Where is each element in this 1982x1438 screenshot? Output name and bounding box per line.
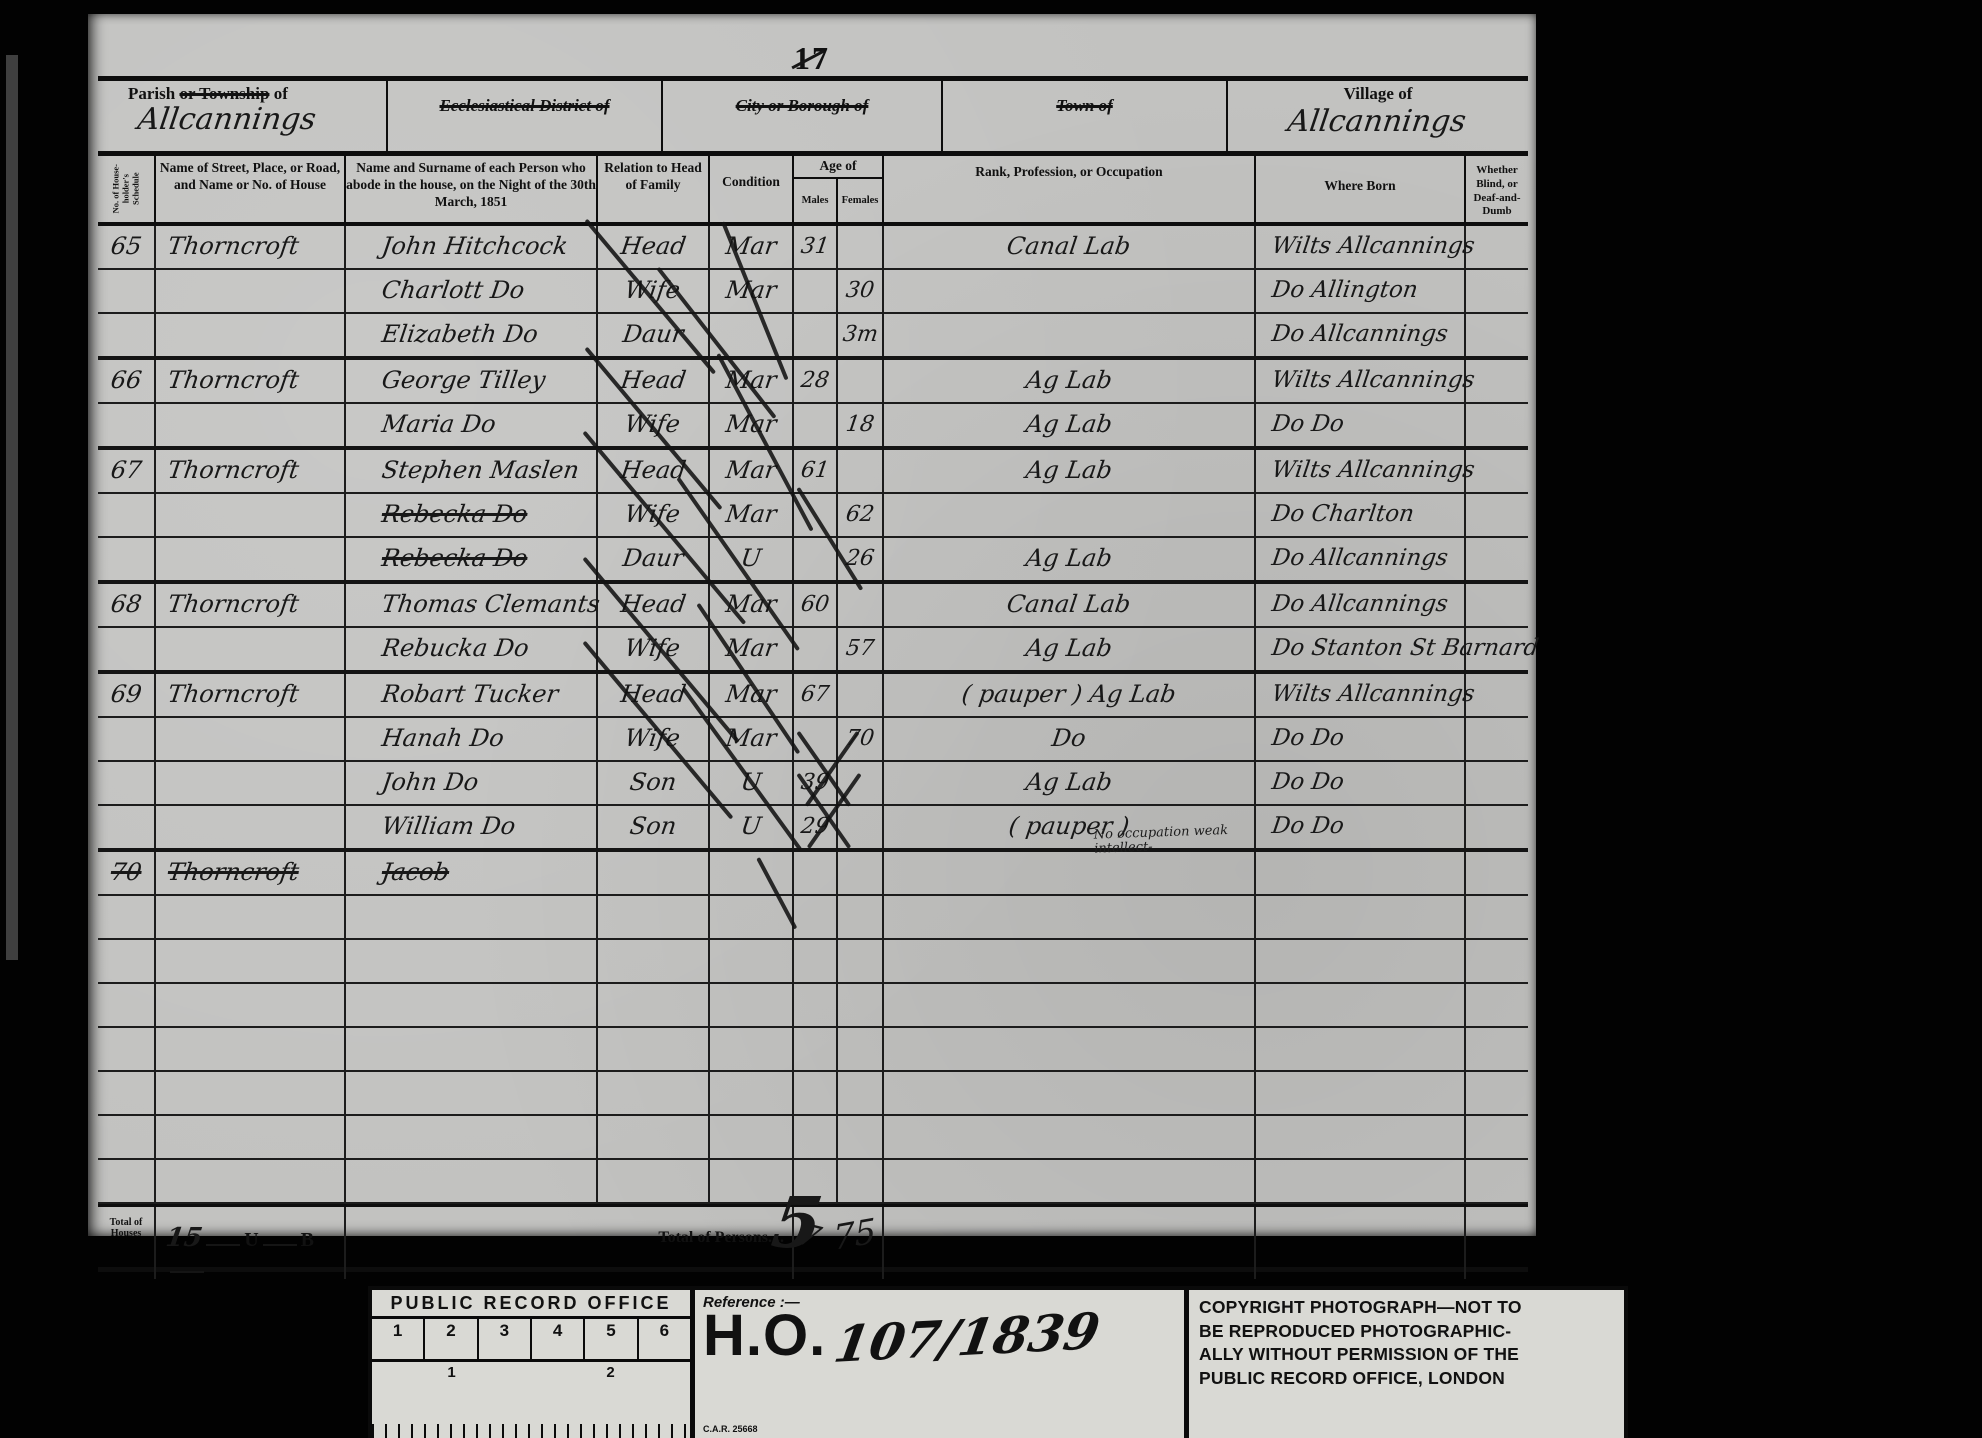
table-row: 67ThorncroftStephen MaslenHeadMar61Ag La… xyxy=(98,450,1528,494)
cell-occ: Ag Lab xyxy=(884,538,1256,580)
reference-number: 107/1839 xyxy=(831,1306,1103,1370)
cell-rel: Wife xyxy=(598,628,710,670)
cell-am xyxy=(794,896,838,938)
cell-occ xyxy=(884,852,1256,894)
col-occupation: Rank, Profession, or Occupation xyxy=(884,156,1256,222)
cell-occ xyxy=(884,940,1256,982)
table-row: 65ThorncroftJohn HitchcockHeadMar31Canal… xyxy=(98,226,1528,270)
cell-born xyxy=(1256,1028,1466,1070)
cell-af xyxy=(838,806,884,848)
cell-am xyxy=(794,1072,838,1114)
cell-af xyxy=(838,1028,884,1070)
cell-street: Thorncroft xyxy=(156,674,346,716)
cell-name: William Do xyxy=(346,806,598,848)
cell-occ xyxy=(884,896,1256,938)
cell-cond: U xyxy=(710,806,794,848)
cell-street xyxy=(156,984,346,1026)
cell-street xyxy=(156,538,346,580)
cell-born: Wilts Allcannings xyxy=(1256,360,1466,402)
cell-name: Charlott Do xyxy=(346,270,598,312)
cell-blind xyxy=(1466,314,1528,356)
cell-am: 61 xyxy=(794,450,838,492)
district-header-cell: Village of Allcannings xyxy=(1228,81,1528,151)
cell-street xyxy=(156,628,346,670)
cell-cond: Mar xyxy=(710,628,794,670)
cell-af: 3m xyxy=(838,314,884,356)
cell-rel: Wife xyxy=(598,270,710,312)
cell-cond: Mar xyxy=(710,718,794,760)
cell-rel: Wife xyxy=(598,404,710,446)
cell-no: 70 xyxy=(98,852,156,894)
cell-name xyxy=(346,1028,598,1070)
cell-cond: Mar xyxy=(710,226,794,268)
cell-street xyxy=(156,1160,346,1202)
table-row xyxy=(98,1072,1528,1116)
page-number: 17 xyxy=(88,40,1536,77)
cell-cond: Mar xyxy=(710,270,794,312)
cell-street xyxy=(156,806,346,848)
cell-name xyxy=(346,940,598,982)
table-row: 69ThorncroftRobart TuckerHeadMar67( paup… xyxy=(98,674,1528,718)
cell-occ: Ag Lab xyxy=(884,360,1256,402)
cell-cond: Mar xyxy=(710,674,794,716)
cell-occ xyxy=(884,1160,1256,1202)
cell-am: 39 xyxy=(794,762,838,804)
table-row: 70ThorncroftJacob xyxy=(98,852,1528,896)
cell-rel: Daur xyxy=(598,538,710,580)
cell-cond xyxy=(710,1028,794,1070)
cell-name: Elizabeth Do xyxy=(346,314,598,356)
cell-af xyxy=(838,896,884,938)
cell-af: 30 xyxy=(838,270,884,312)
cell-born: Do Allington xyxy=(1256,270,1466,312)
cell-street: Thorncroft xyxy=(156,450,346,492)
cell-no xyxy=(98,628,156,670)
cell-occ xyxy=(884,1028,1256,1070)
cell-born: Do Do xyxy=(1256,404,1466,446)
cell-af xyxy=(838,1072,884,1114)
cell-no xyxy=(98,1028,156,1070)
cell-blind xyxy=(1466,1160,1528,1202)
cell-born: Do Do xyxy=(1256,762,1466,804)
cell-occ: Do xyxy=(884,718,1256,760)
cell-am xyxy=(794,628,838,670)
cell-street: Thorncroft xyxy=(156,852,346,894)
cell-af xyxy=(838,1116,884,1158)
cell-born: Wilts Allcannings xyxy=(1256,450,1466,492)
cell-born: Do Allcannings xyxy=(1256,538,1466,580)
cell-cond: Mar xyxy=(710,584,794,626)
cell-no xyxy=(98,806,156,848)
total-houses-values: 15UB xyxy=(156,1207,346,1279)
cell-occ: Ag Lab xyxy=(884,762,1256,804)
cell-street xyxy=(156,718,346,760)
cell-born xyxy=(1256,852,1466,894)
cell-born xyxy=(1256,1116,1466,1158)
cell-occ: Canal Lab xyxy=(884,226,1256,268)
col-age: Age of Males Females xyxy=(794,156,884,222)
cell-no xyxy=(98,718,156,760)
cell-born xyxy=(1256,940,1466,982)
cell-blind xyxy=(1466,1028,1528,1070)
cell-born: Wilts Allcannings xyxy=(1256,226,1466,268)
cell-no xyxy=(98,1116,156,1158)
table-row: Rebecka DoWifeMar62Do Charlton xyxy=(98,494,1528,538)
cell-am xyxy=(794,404,838,446)
cell-blind xyxy=(1466,1072,1528,1114)
cell-born: Do Allcannings xyxy=(1256,314,1466,356)
table-row: Maria DoWifeMar18Ag LabDo Do xyxy=(98,404,1528,450)
cell-blind xyxy=(1466,852,1528,894)
cell-occ xyxy=(884,494,1256,536)
cell-born xyxy=(1256,1160,1466,1202)
cell-cond xyxy=(710,984,794,1026)
cell-blind xyxy=(1466,984,1528,1026)
cell-street xyxy=(156,1028,346,1070)
cell-occ xyxy=(884,270,1256,312)
cell-name: John Do xyxy=(346,762,598,804)
cell-name: Stephen Maslen xyxy=(346,450,598,492)
cell-am xyxy=(794,718,838,760)
cell-rel: Wife xyxy=(598,718,710,760)
census-table: No. of House-holder's Schedule Name of S… xyxy=(98,156,1528,1272)
cell-street xyxy=(156,270,346,312)
cell-no xyxy=(98,494,156,536)
cell-af: 18 xyxy=(838,404,884,446)
cell-occ: Ag Lab xyxy=(884,450,1256,492)
cell-no xyxy=(98,1072,156,1114)
cell-name: Robart Tucker xyxy=(346,674,598,716)
public-record-office-stamp: PUBLIC RECORD OFFICE 1 2 3 4 5 6 1 2 Ref… xyxy=(368,1286,1628,1438)
cell-no: 65 xyxy=(98,226,156,268)
cell-am xyxy=(794,538,838,580)
cell-occ xyxy=(884,314,1256,356)
cell-am xyxy=(794,852,838,894)
cell-born xyxy=(1256,1072,1466,1114)
cell-no xyxy=(98,270,156,312)
table-row: William DoSonU29( pauper )No occupation … xyxy=(98,806,1528,852)
cell-rel: Head xyxy=(598,360,710,402)
cell-street: Thorncroft xyxy=(156,360,346,402)
cell-rel xyxy=(598,1028,710,1070)
cell-blind xyxy=(1466,584,1528,626)
cell-occ: ( pauper ) Ag Lab xyxy=(884,674,1256,716)
census-page-photo: 17 Parish or Township ofAllcanningsEccle… xyxy=(88,14,1536,1236)
cell-blind xyxy=(1466,940,1528,982)
cell-rel xyxy=(598,1072,710,1114)
cell-street xyxy=(156,896,346,938)
col-condition: Condition xyxy=(710,156,794,222)
cell-name xyxy=(346,1072,598,1114)
col-street: Name of Street, Place, or Road, and Name… xyxy=(156,156,346,222)
cell-born: Do Do xyxy=(1256,718,1466,760)
car-note: C.A.R. 25668 xyxy=(703,1424,758,1434)
ruler-half-inches: 1 2 xyxy=(372,1362,690,1438)
cell-af xyxy=(838,674,884,716)
cell-rel: Daur xyxy=(598,314,710,356)
cell-name xyxy=(346,1116,598,1158)
cell-occ: Canal Lab xyxy=(884,584,1256,626)
district-header-cell: Parish or Township ofAllcannings xyxy=(98,81,388,151)
cell-rel xyxy=(598,940,710,982)
pro-title: PUBLIC RECORD OFFICE xyxy=(372,1290,690,1319)
cell-blind xyxy=(1466,404,1528,446)
cell-street xyxy=(156,494,346,536)
cell-cond xyxy=(710,1072,794,1114)
cell-name: Hanah Do xyxy=(346,718,598,760)
cell-af: 57 xyxy=(838,628,884,670)
cell-cond: Mar xyxy=(710,360,794,402)
cell-street xyxy=(156,1072,346,1114)
cell-blind xyxy=(1466,806,1528,848)
table-row xyxy=(98,1028,1528,1072)
cell-af xyxy=(838,1160,884,1202)
cell-af xyxy=(838,450,884,492)
film-edge xyxy=(6,55,18,960)
cell-name: John Hitchcock xyxy=(346,226,598,268)
cell-cond: Mar xyxy=(710,450,794,492)
col-born: Where Born xyxy=(1256,156,1466,222)
district-header-cell: Ecclesiastical District of xyxy=(388,81,663,151)
district-header-cell: Town of xyxy=(943,81,1228,151)
table-row: 68ThorncroftThomas ClemantsHeadMar60Cana… xyxy=(98,584,1528,628)
cell-occ xyxy=(884,1116,1256,1158)
cell-cond xyxy=(710,940,794,982)
cell-no: 66 xyxy=(98,360,156,402)
cell-no: 69 xyxy=(98,674,156,716)
cell-born xyxy=(1256,896,1466,938)
ruler-inches: 1 2 3 4 5 6 xyxy=(372,1319,690,1362)
cell-name xyxy=(346,1160,598,1202)
cell-blind xyxy=(1466,1116,1528,1158)
cell-born: Do Charlton xyxy=(1256,494,1466,536)
cell-street: Thorncroft xyxy=(156,584,346,626)
cell-af: 26 xyxy=(838,538,884,580)
cell-rel: Head xyxy=(598,450,710,492)
cell-no xyxy=(98,896,156,938)
col-schedule-no: No. of House-holder's Schedule xyxy=(98,156,156,222)
cell-af xyxy=(838,584,884,626)
cell-blind xyxy=(1466,270,1528,312)
cell-street: Thorncroft xyxy=(156,226,346,268)
cell-rel xyxy=(598,896,710,938)
cell-no xyxy=(98,984,156,1026)
col-age-males: Males xyxy=(794,179,838,222)
cell-am: 67 xyxy=(794,674,838,716)
table-row: 66ThorncroftGeorge TilleyHeadMar28Ag Lab… xyxy=(98,360,1528,404)
cell-name: Maria Do xyxy=(346,404,598,446)
cell-am xyxy=(794,984,838,1026)
cell-occ: Ag Lab xyxy=(884,628,1256,670)
cell-no xyxy=(98,314,156,356)
cell-rel: Son xyxy=(598,762,710,804)
pro-ruler-box: PUBLIC RECORD OFFICE 1 2 3 4 5 6 1 2 xyxy=(372,1290,695,1438)
cell-blind xyxy=(1466,718,1528,760)
cell-cond xyxy=(710,896,794,938)
copyright-notice: COPYRIGHT PHOTOGRAPH—NOT TO BE REPRODUCE… xyxy=(1189,1290,1624,1438)
table-row: Elizabeth DoDaur3mDo Allcannings xyxy=(98,314,1528,360)
cell-rel: Head xyxy=(598,584,710,626)
cell-am xyxy=(794,494,838,536)
cell-no xyxy=(98,538,156,580)
total-persons-label: Total of Persons.... 5 xyxy=(346,1207,794,1279)
cell-street xyxy=(156,404,346,446)
cell-cond: U xyxy=(710,762,794,804)
table-row: Rebecka DoDaurU26Ag LabDo Allcannings xyxy=(98,538,1528,584)
cell-cond: U xyxy=(710,538,794,580)
cell-occ: Ag Lab xyxy=(884,404,1256,446)
cell-blind xyxy=(1466,538,1528,580)
col-relation: Relation to Head of Family xyxy=(598,156,710,222)
reference-box: Reference :— H.O. 107/1839 C.A.R. 25668 xyxy=(695,1290,1189,1438)
cell-street xyxy=(156,940,346,982)
table-row xyxy=(98,984,1528,1028)
cell-af xyxy=(838,984,884,1026)
cell-born: Do Do xyxy=(1256,806,1466,848)
table-row: John DoSonU39Ag LabDo Do xyxy=(98,762,1528,806)
reference-prefix: H.O. xyxy=(703,1307,826,1365)
cell-am xyxy=(794,1028,838,1070)
cell-no xyxy=(98,762,156,804)
cell-cond xyxy=(710,852,794,894)
cell-rel: Head xyxy=(598,674,710,716)
cell-af: 62 xyxy=(838,494,884,536)
cell-blind xyxy=(1466,896,1528,938)
cell-born xyxy=(1256,984,1466,1026)
cell-am: 28 xyxy=(794,360,838,402)
cell-cond: Mar xyxy=(710,404,794,446)
cell-af xyxy=(838,940,884,982)
cell-blind xyxy=(1466,494,1528,536)
cell-no: 68 xyxy=(98,584,156,626)
cell-rel: Wife xyxy=(598,494,710,536)
cell-rel: Head xyxy=(598,226,710,268)
table-body: 65ThorncroftJohn HitchcockHeadMar31Canal… xyxy=(98,226,1528,1204)
cell-occ xyxy=(884,1072,1256,1114)
cell-street xyxy=(156,1116,346,1158)
cell-no: 67 xyxy=(98,450,156,492)
table-row: Charlott DoWifeMar30Do Allington xyxy=(98,270,1528,314)
cell-am xyxy=(794,1116,838,1158)
cell-no xyxy=(98,940,156,982)
cell-af xyxy=(838,762,884,804)
district-header-cell: City or Borough of xyxy=(663,81,943,151)
table-row xyxy=(98,896,1528,940)
cell-street xyxy=(156,314,346,356)
cell-born: Do Stanton St Barnard xyxy=(1256,628,1466,670)
total-houses-label: Total of Houses xyxy=(98,1207,156,1279)
cell-af xyxy=(838,226,884,268)
cell-am: 29 xyxy=(794,806,838,848)
cell-af xyxy=(838,360,884,402)
cell-occ xyxy=(884,984,1256,1026)
table-row xyxy=(98,1116,1528,1160)
table-row: Rebucka DoWifeMar57Ag LabDo Stanton St B… xyxy=(98,628,1528,674)
cell-am xyxy=(794,940,838,982)
cell-am xyxy=(794,270,838,312)
cell-am: 31 xyxy=(794,226,838,268)
cell-name: Rebecka Do xyxy=(346,538,598,580)
cell-rel xyxy=(598,1160,710,1202)
cell-no xyxy=(98,404,156,446)
cell-am: 60 xyxy=(794,584,838,626)
cell-name: Jacob xyxy=(346,852,598,894)
cell-born: Wilts Allcannings xyxy=(1256,674,1466,716)
cell-no xyxy=(98,1160,156,1202)
cell-name: George Tilley xyxy=(346,360,598,402)
cell-cond xyxy=(710,1116,794,1158)
cell-cond xyxy=(710,314,794,356)
cell-name: Rebucka Do xyxy=(346,628,598,670)
cell-rel: Son xyxy=(598,806,710,848)
col-age-females: Females xyxy=(838,179,882,222)
cell-occ: ( pauper )No occupation weak intellect- xyxy=(884,806,1256,848)
totals-row: Total of Houses 15UB Total of Persons...… xyxy=(98,1204,1528,1267)
cell-af: 70 xyxy=(838,718,884,760)
cell-name xyxy=(346,984,598,1026)
col-blind: Whether Blind, or Deaf-and-Dumb xyxy=(1466,156,1528,222)
cell-af xyxy=(838,852,884,894)
cell-born: Do Allcannings xyxy=(1256,584,1466,626)
cell-rel xyxy=(598,984,710,1026)
cell-blind xyxy=(1466,762,1528,804)
table-header-row: No. of House-holder's Schedule Name of S… xyxy=(98,156,1528,226)
cell-am xyxy=(794,314,838,356)
table-row xyxy=(98,940,1528,984)
cell-name: Rebecka Do xyxy=(346,494,598,536)
cell-rel xyxy=(598,1116,710,1158)
table-row: Hanah DoWifeMar70DoDo Do xyxy=(98,718,1528,762)
cell-cond: Mar xyxy=(710,494,794,536)
col-name: Name and Surname of each Person who abod… xyxy=(346,156,598,222)
cell-name: Thomas Clemants xyxy=(346,584,598,626)
cell-name xyxy=(346,896,598,938)
cell-rel xyxy=(598,852,710,894)
district-header: Parish or Township ofAllcanningsEcclesia… xyxy=(98,76,1528,156)
cell-street xyxy=(156,762,346,804)
